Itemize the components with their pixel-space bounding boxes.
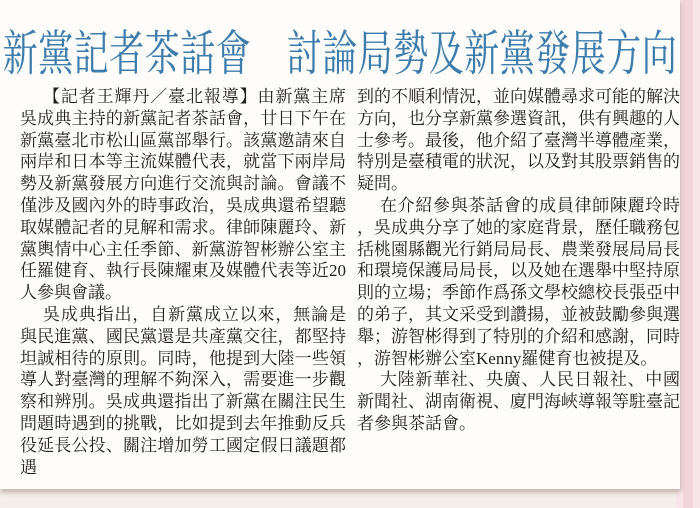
- article-paragraph: 吳成典指出，自新黨成立以來，無論是與民進黨、國民黨還是共產黨交往，都堅持坦誠相待…: [20, 304, 346, 478]
- article-column-left: 【記者王輝丹／臺北報導】由新黨主席吳成典主持的新黨記者茶話會，廿日下午在新黨臺北…: [20, 86, 346, 478]
- article-paragraph: 【記者王輝丹／臺北報導】由新黨主席吳成典主持的新黨記者茶話會，廿日下午在新黨臺北…: [20, 86, 346, 304]
- article-paragraph-continuation: 到的不順利情況，並向媒體尋求可能的解決方向，也分享新黨參選資訊，供有興趣的人士參…: [357, 86, 680, 195]
- article-body: 【記者王輝丹／臺北報導】由新黨主席吳成典主持的新黨記者茶話會，廿日下午在新黨臺北…: [0, 86, 680, 478]
- article-paragraph: 大陸新華社、央廣、人民日報社、中國新聞社、湖南衛視、廈門海峽導報等駐臺記者參與茶…: [357, 369, 680, 434]
- article-column-right: 到的不順利情況，並向媒體尋求可能的解決方向，也分享新黨參選資訊，供有興趣的人士參…: [357, 86, 680, 478]
- newspaper-clipping: 新黨記者茶話會 討論局勢及新黨發展方向 【記者王輝丹／臺北報導】由新黨主席吳成典…: [0, 0, 680, 489]
- article-headline: 新黨記者茶話會 討論局勢及新黨發展方向: [0, 0, 680, 74]
- article-paragraph: 在介紹參與茶話會的成員律師陳麗玲時，吳成典分享了她的家庭背景，歷任職務包括桃園縣…: [357, 195, 680, 369]
- scan-edge-stripe: [683, 0, 693, 508]
- article-headline-text: 新黨記者茶話會 討論局勢及新黨發展方向: [3, 16, 678, 85]
